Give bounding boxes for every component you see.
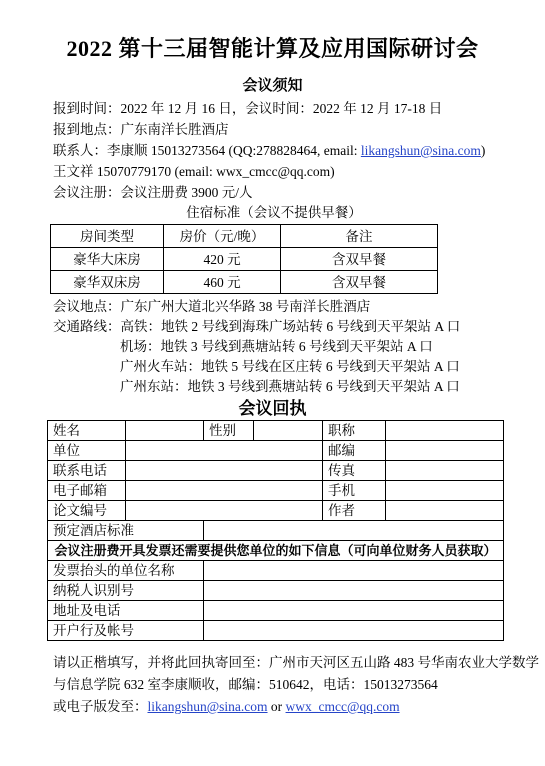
name-input-cell[interactable] xyxy=(126,421,204,441)
table-row: 开户行及帐号 xyxy=(48,621,504,641)
venue-line: 会议地点：广东广州大道北兴华路 38 号南洋长胜酒店 xyxy=(53,297,495,317)
gender-label: 性别 xyxy=(204,421,254,441)
mailing-line2: 与信息学院 632 室李康顺收，邮编：510642，电话：15013273564 xyxy=(53,674,505,696)
room-note-header: 备注 xyxy=(281,225,438,248)
table-row: 电子邮箱 手机 xyxy=(48,481,504,501)
contact1-email-link[interactable]: likangshun@sina.com xyxy=(361,143,481,158)
author-input-cell[interactable] xyxy=(386,501,504,521)
checkin-time-line: 报到时间：2022 年 12 月 16 日，会议时间：2022 年 12 月 1… xyxy=(53,98,495,119)
registration-fee-line: 会议注册：会议注册费 3900 元/人 xyxy=(53,182,495,203)
hotel-table-caption: 住宿标准（会议不提供早餐） xyxy=(53,203,495,223)
room-type-cell: 豪华大床房 xyxy=(51,248,164,271)
paperid-input-cell[interactable] xyxy=(126,501,323,521)
contact2-line: 王文祥 15070779170 (email: wwx_cmcc@qq.com) xyxy=(53,161,495,182)
fax-label: 传真 xyxy=(323,461,386,481)
room-type-cell: 豪华双床房 xyxy=(51,271,164,294)
taxid-label: 纳税人识别号 xyxy=(48,581,204,601)
mailing-instructions: 请以正楷填写，并将此回执寄回至：广州市天河区五山路 483 号华南农业大学数学 … xyxy=(53,652,505,718)
zip-label: 邮编 xyxy=(323,441,386,461)
contact1-text: 联系人：李康顺 15013273564 (QQ:278828464, email… xyxy=(53,143,361,158)
invoice-title-label: 发票抬头的单位名称 xyxy=(48,561,204,581)
phone-label: 联系电话 xyxy=(48,461,126,481)
transport-line-eaststation: 广州东站：地铁 3 号线到燕塘站转 6 号线到天平架站 A 口 xyxy=(53,377,495,397)
table-row: 豪华大床房 420 元 含双早餐 xyxy=(51,248,438,271)
notice-heading: 会议须知 xyxy=(0,77,545,95)
table-row: 纳税人识别号 xyxy=(48,581,504,601)
author-label: 作者 xyxy=(323,501,386,521)
email-label: 电子邮箱 xyxy=(48,481,126,501)
invoice-info-header: 会议注册费开具发票还需要提供您单位的如下信息（可向单位财务人员获取） xyxy=(48,541,504,561)
address-phone-input-cell[interactable] xyxy=(204,601,504,621)
footer-email-link-1[interactable]: likangshun@sina.com xyxy=(148,699,268,714)
table-row: 预定酒店标准 xyxy=(48,521,504,541)
footer-email-link-2[interactable]: wwx_cmcc@qq.com xyxy=(286,699,400,714)
name-label: 姓名 xyxy=(48,421,126,441)
bank-account-input-cell[interactable] xyxy=(204,621,504,641)
room-note-cell: 含双早餐 xyxy=(281,271,438,294)
room-price-cell: 420 元 xyxy=(164,248,281,271)
gender-input-cell[interactable] xyxy=(254,421,323,441)
transport-line-gzstation: 广州火车站：地铁 5 号线在区庄转 6 号线到天平架站 A 口 xyxy=(53,357,495,377)
zip-input-cell[interactable] xyxy=(386,441,504,461)
phone-input-cell[interactable] xyxy=(126,461,323,481)
reply-form-heading: 会议回执 xyxy=(0,398,545,419)
email-input-cell[interactable] xyxy=(126,481,323,501)
taxid-input-cell[interactable] xyxy=(204,581,504,601)
transport-line-airport: 机场：地铁 3 号线到燕塘站转 6 号线到天平架站 A 口 xyxy=(53,337,495,357)
jobtitle-input-cell[interactable] xyxy=(386,421,504,441)
contact1-suffix: ) xyxy=(481,143,486,158)
notice-section: 报到时间：2022 年 12 月 16 日，会议时间：2022 年 12 月 1… xyxy=(53,98,495,223)
paperid-label: 论文编号 xyxy=(48,501,126,521)
document-page: 2022 第十三届智能计算及应用国际研讨会 会议须知 报到时间：2022 年 1… xyxy=(0,0,545,766)
transport-line-rail: 交通路线：高铁：地铁 2 号线到海珠广场站转 6 号线到天平架站 A 口 xyxy=(53,317,495,337)
hotel-rate-table: 房间类型 房价（元/晚） 备注 豪华大床房 420 元 含双早餐 豪华双床房 4… xyxy=(50,224,438,294)
table-row: 论文编号 作者 xyxy=(48,501,504,521)
org-input-cell[interactable] xyxy=(126,441,323,461)
document-title: 2022 第十三届智能计算及应用国际研讨会 xyxy=(0,0,545,64)
table-row: 单位 邮编 xyxy=(48,441,504,461)
email-connector: or xyxy=(268,699,286,714)
mailing-line3: 或电子版发至：likangshun@sina.com or wwx_cmcc@q… xyxy=(53,696,505,718)
bank-account-label: 开户行及帐号 xyxy=(48,621,204,641)
table-row: 发票抬头的单位名称 xyxy=(48,561,504,581)
venue-transport-section: 会议地点：广东广州大道北兴华路 38 号南洋长胜酒店 交通路线：高铁：地铁 2 … xyxy=(53,297,495,397)
table-row: 姓名 性别 职称 xyxy=(48,421,504,441)
room-price-cell: 460 元 xyxy=(164,271,281,294)
mailing-line3-prefix: 或电子版发至： xyxy=(53,699,148,714)
mailing-line1: 请以正楷填写，并将此回执寄回至：广州市天河区五山路 483 号华南农业大学数学 xyxy=(53,652,505,674)
checkin-place-line: 报到地点：广东南洋长胜酒店 xyxy=(53,119,495,140)
table-row: 会议注册费开具发票还需要提供您单位的如下信息（可向单位财务人员获取） xyxy=(48,541,504,561)
org-label: 单位 xyxy=(48,441,126,461)
jobtitle-label: 职称 xyxy=(323,421,386,441)
room-price-header: 房价（元/晚） xyxy=(164,225,281,248)
fax-input-cell[interactable] xyxy=(386,461,504,481)
room-note-cell: 含双早餐 xyxy=(281,248,438,271)
mobile-label: 手机 xyxy=(323,481,386,501)
contact1-line: 联系人：李康顺 15013273564 (QQ:278828464, email… xyxy=(53,140,495,161)
room-type-header: 房间类型 xyxy=(51,225,164,248)
mobile-input-cell[interactable] xyxy=(386,481,504,501)
invoice-title-input-cell[interactable] xyxy=(204,561,504,581)
table-row: 联系电话 传真 xyxy=(48,461,504,481)
table-row: 地址及电话 xyxy=(48,601,504,621)
hotel-standard-input-cell[interactable] xyxy=(204,521,504,541)
address-phone-label: 地址及电话 xyxy=(48,601,204,621)
hotel-standard-label: 预定酒店标准 xyxy=(48,521,204,541)
table-row: 豪华双床房 460 元 含双早餐 xyxy=(51,271,438,294)
reply-form-table: 姓名 性别 职称 单位 邮编 联系电话 传真 电子邮箱 手机 论文编号 xyxy=(47,420,504,641)
hotel-table-header-row: 房间类型 房价（元/晚） 备注 xyxy=(51,225,438,248)
